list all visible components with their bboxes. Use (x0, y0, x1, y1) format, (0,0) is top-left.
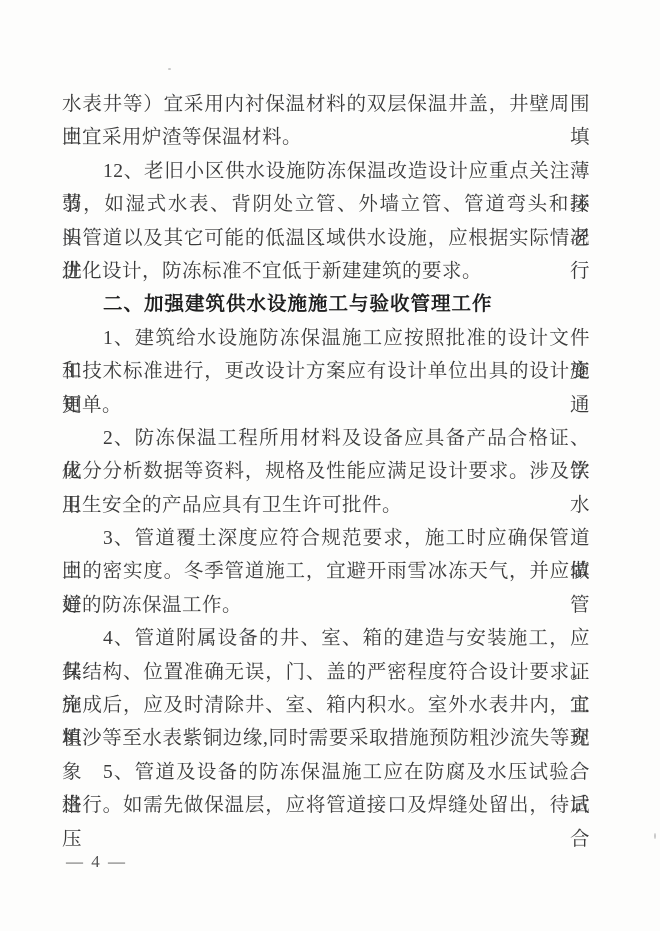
text-line: 3、管道覆土深度应符合规范要求，施工时应确保管道回填 (62, 522, 590, 555)
document-page: 水表井等）宜采用内衬保温材料的双层保温井盖，井壁周围回填土宜采用炉渣等保温材料。… (0, 0, 660, 931)
page-number: — 4 — (66, 852, 127, 872)
scan-speck (654, 833, 656, 839)
text-line: 进行。如需先做保温层，应将管道接口及焊缝处留出，待试压合 (62, 789, 590, 822)
text-line: 旧管道以及其它可能的低温区域供水设施，应根据实际情况进行 (62, 222, 590, 255)
text-line: 2、防冻保温工程所用材料及设备应具备产品合格证、化学 (62, 422, 590, 455)
text-line: 工技术标准进行，更改设计方案应有设计单位出具的设计变更通 (62, 355, 590, 388)
text-line: 水表井等）宜采用内衬保温材料的双层保温井盖，井壁周围回填 (62, 88, 590, 121)
section-heading: 二、加强建筑供水设施施工与验收管理工作 (62, 288, 590, 321)
text-block: 水表井等）宜采用内衬保温材料的双层保温井盖，井壁周围回填土宜采用炉渣等保温材料。… (62, 88, 590, 823)
text-line: 完成后，应及时清除井、室、箱内积水。室外水表井内，宜填充 (62, 689, 590, 722)
text-line: 4、管道附属设备的井、室、箱的建造与安装施工，应保证 (62, 622, 590, 655)
text-line: 1、建筑给水设施防冻保温施工应按照批准的设计文件和施 (62, 322, 590, 355)
text-line: 12、老旧小区供水设施防冻保温改造设计应重点关注薄弱环 (62, 155, 590, 188)
scan-speck (168, 68, 171, 70)
text-line: 粗沙等至水表紫铜边缘,同时需要采取措施预防粗沙流失等现象。 (62, 722, 590, 755)
text-line: 节，如湿式水表、背阴处立管、外墙立管、管道弯头和接头、老 (62, 188, 590, 221)
text-line: 成分分析数据等资料，规格及性能应满足设计要求。涉及饮用水 (62, 455, 590, 488)
text-line: 5、管道及设备的防冻保温施工应在防腐及水压试验合格后 (62, 756, 590, 789)
text-line: 土的密实度。冬季管道施工，宜避开雨雪冰冻天气，并应做好管 (62, 555, 590, 588)
text-line: 其结构、位置准确无误，门、盖的严密程度符合设计要求。施工 (62, 656, 590, 689)
